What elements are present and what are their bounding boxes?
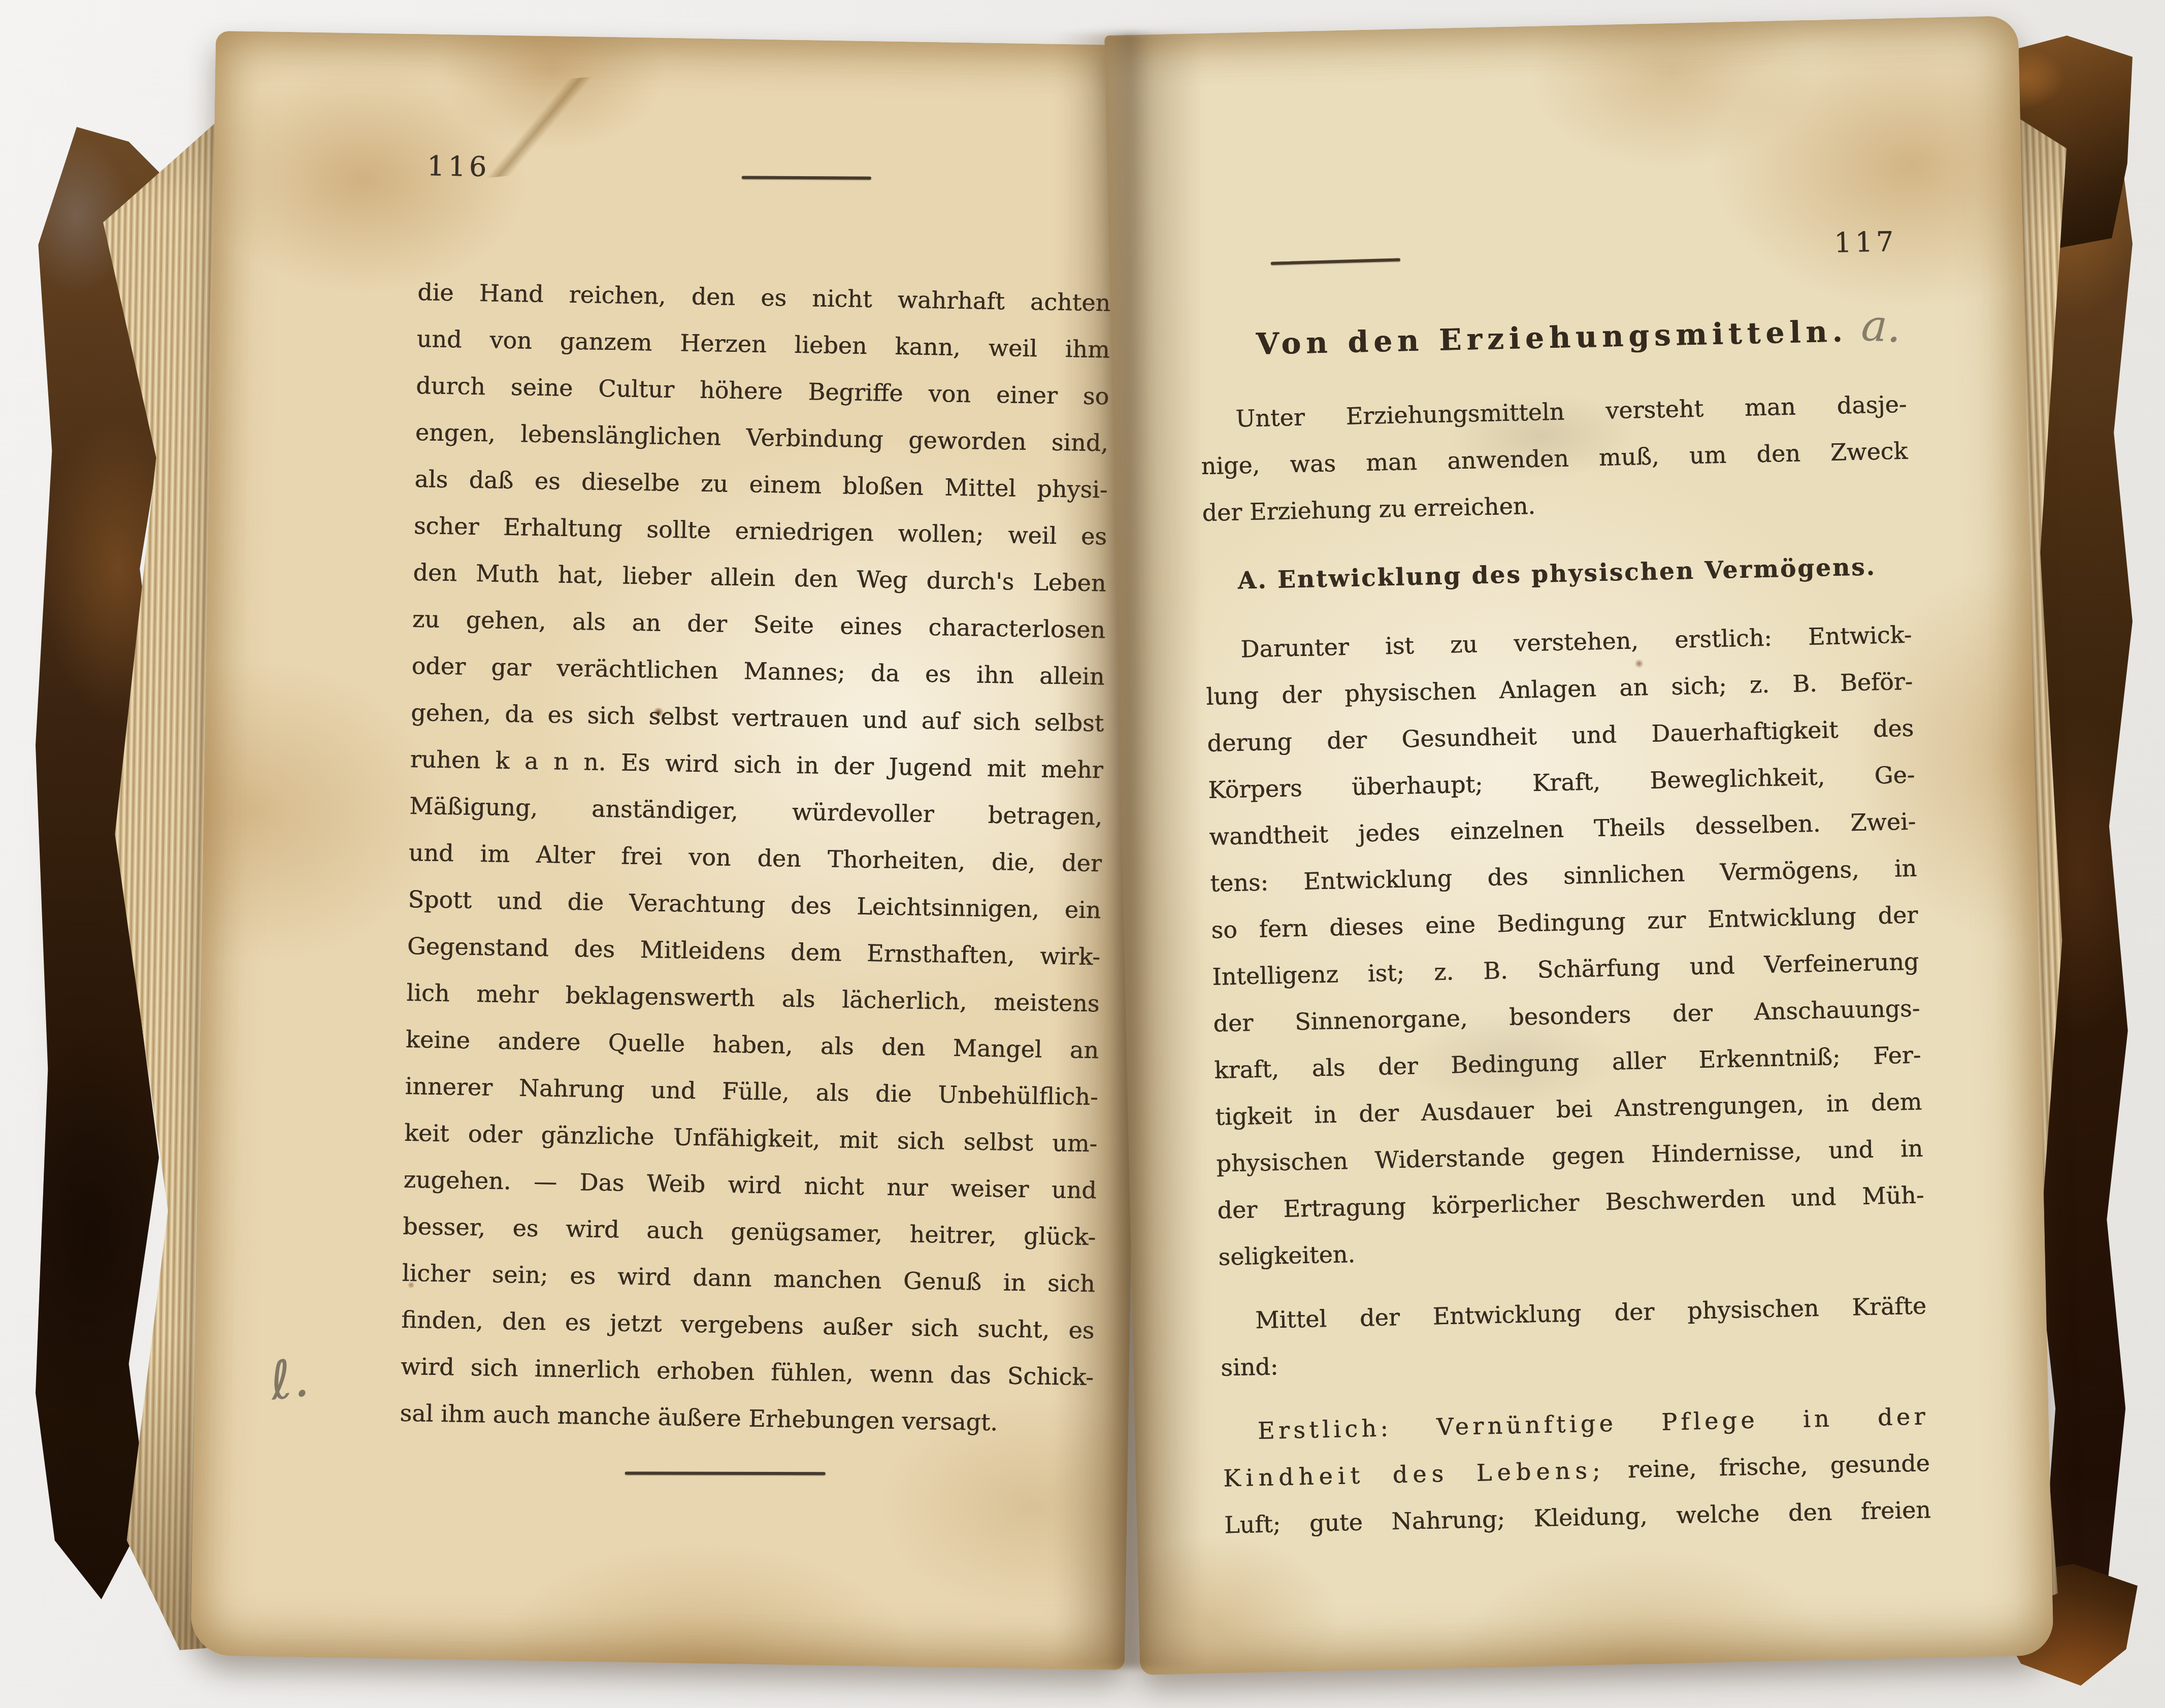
page-number-left: 116 xyxy=(427,150,490,183)
book-photograph: 116 die Hand reichen, den es nicht wahrh… xyxy=(36,10,2133,1701)
page-left: 116 die Hand reichen, den es nicht wahrh… xyxy=(190,31,1150,1670)
text-column-right: Von den Erziehungsmitteln. Unter Erziehu… xyxy=(1198,297,1931,1549)
text-column-left: die Hand reichen, den es nicht wahrhaft … xyxy=(400,269,1111,1447)
section-heading: A. Entwicklung des physischen Vermögens. xyxy=(1203,543,1911,605)
emphasized-text: Kindheit des Lebens; xyxy=(1223,1456,1605,1492)
pencil-annotation-right: a. xyxy=(1860,300,1902,353)
pencil-annotation-left: ℓ. xyxy=(266,1346,312,1412)
page-right: 117 Von den Erziehungsmitteln. Unter Erz… xyxy=(1104,16,2054,1675)
section-end-rule xyxy=(625,1472,826,1475)
header-rule-right xyxy=(1271,258,1400,265)
header-rule-left xyxy=(742,176,871,179)
text-span: reine, frische, gesunde xyxy=(1627,1449,1930,1483)
chapter-heading: Von den Erziehungsmitteln. xyxy=(1198,306,1906,370)
page-number-right: 117 xyxy=(1834,225,1897,259)
